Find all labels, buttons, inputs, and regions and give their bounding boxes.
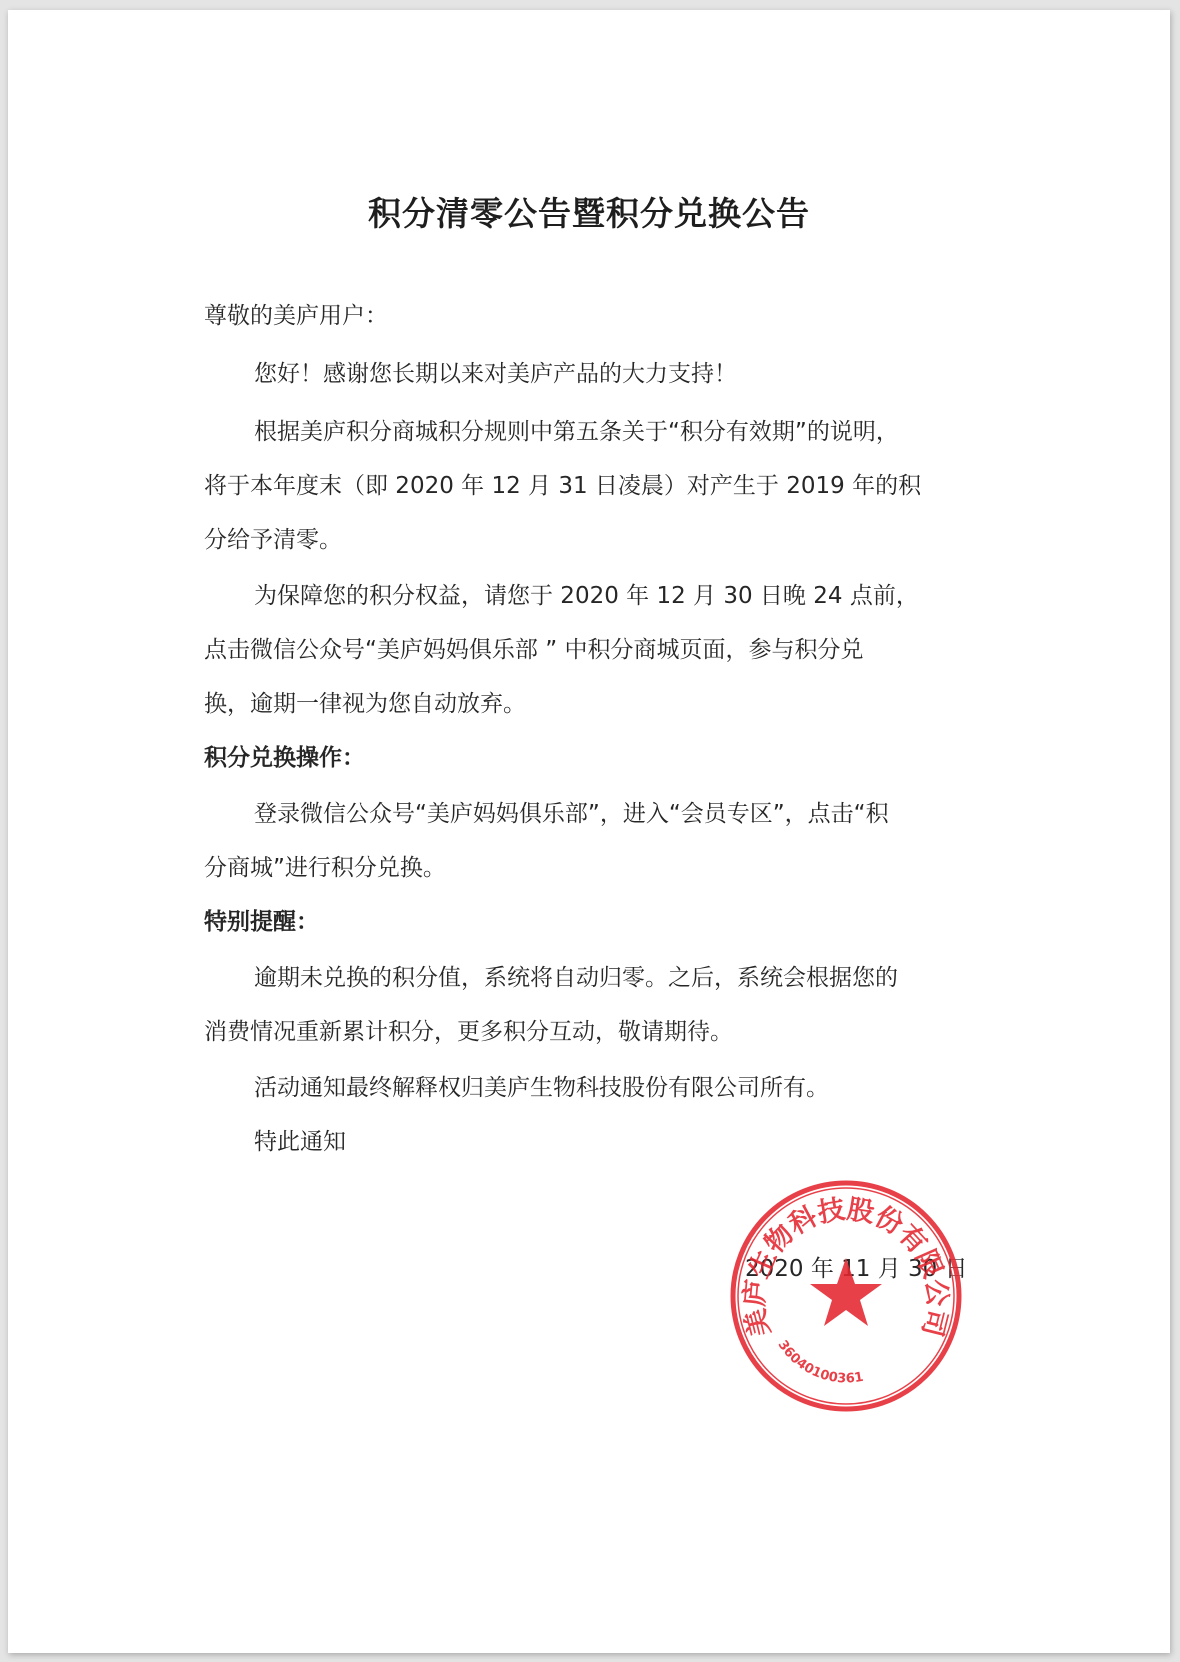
paragraph-line: 为保障您的积分权益，请您于 2020 年 12 月 30 日晚 24 点前，: [254, 580, 919, 612]
paragraph-line: 您好！感谢您长期以来对美庐产品的大力支持！: [254, 358, 737, 390]
closing-line: 特此通知: [254, 1126, 346, 1158]
paragraph-line: 换，逾期一律视为您自动放弃。: [204, 688, 526, 720]
paragraph-line: 消费情况重新累计积分，更多积分互动，敬请期待。: [204, 1016, 733, 1048]
paragraph-line: 分商城”进行积分兑换。: [204, 852, 446, 884]
paragraph-line: 登录微信公众号“美庐妈妈俱乐部”，进入“会员专区”，点击“积: [254, 798, 889, 830]
document-date: 2020 年 11 月 30 日: [745, 1250, 968, 1283]
paragraph-line: 分给予清零。: [204, 524, 342, 556]
salutation: 尊敬的美庐用户：: [204, 300, 388, 332]
document-title: 积分清零公告暨积分兑换公告: [8, 188, 1170, 235]
document-page: 积分清零公告暨积分兑换公告 尊敬的美庐用户： 您好！感谢您长期以来对美庐产品的大…: [8, 10, 1170, 1653]
section-heading-reminder: 特别提醒：: [204, 906, 319, 938]
company-seal-icon: 美庐生物科技股份有限公司 3604010036105: [726, 1176, 966, 1416]
section-heading-exchange: 积分兑换操作：: [204, 742, 365, 774]
paragraph-line: 根据美庐积分商城积分规则中第五条关于“积分有效期”的说明，: [254, 416, 899, 448]
paragraph-line: 逾期未兑换的积分值，系统将自动归零。之后，系统会根据您的: [254, 962, 898, 994]
paragraph-line: 点击微信公众号“美庐妈妈俱乐部 ” 中积分商城页面，参与积分兑: [204, 634, 863, 666]
paragraph-line: 活动通知最终解释权归美庐生物科技股份有限公司所有。: [254, 1072, 829, 1104]
paragraph-line: 将于本年度末（即 2020 年 12 月 31 日凌晨）对产生于 2019 年的…: [204, 470, 921, 502]
